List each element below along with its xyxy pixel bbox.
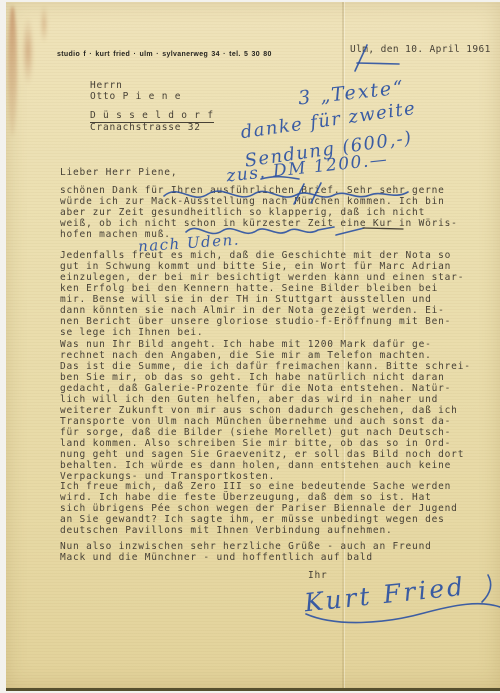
- date-line: Ulm, den 10. April 1961: [350, 44, 491, 55]
- signature: Kurt Fried: [303, 572, 467, 618]
- paragraph-3: Was nun Ihr Bild angeht. Ich habe mit 12…: [60, 339, 471, 482]
- paragraph-1: schönen Dank für Ihren ausführlichen Bri…: [60, 185, 458, 240]
- rust-stain: [8, 6, 17, 136]
- letterhead: studio f · kurt fried · ulm · sylvanerwe…: [57, 51, 272, 58]
- recipient-honorific: Herrn: [90, 80, 123, 91]
- annotation-danke: danke für zweite: [239, 98, 417, 143]
- recipient-street: Cranachstrasse 32: [90, 122, 201, 133]
- rust-stain: [22, 16, 34, 86]
- paragraph-2: Jedenfalls freut es mich, daß die Geschi…: [60, 250, 464, 338]
- annotation-summe: zus. DM 1200.—: [225, 150, 389, 187]
- closing: Ihr: [308, 570, 328, 581]
- annotation-texte: 3 „Texte“: [297, 76, 406, 109]
- signature-flourish: [306, 575, 500, 623]
- recipient-name: Otto P i e n e: [90, 91, 181, 102]
- paper: studio f · kurt fried · ulm · sylvanerwe…: [6, 2, 500, 691]
- annotation-sendung: Sendung (600,-): [243, 127, 414, 171]
- paragraph-5: Nun also inzwischen sehr herzliche Grüße…: [60, 541, 432, 563]
- salutation: Lieber Herr Piene,: [60, 167, 177, 178]
- rust-stain: [40, 4, 48, 44]
- paragraph-4: Ich freue mich, daß Zero III so eine bed…: [60, 481, 458, 536]
